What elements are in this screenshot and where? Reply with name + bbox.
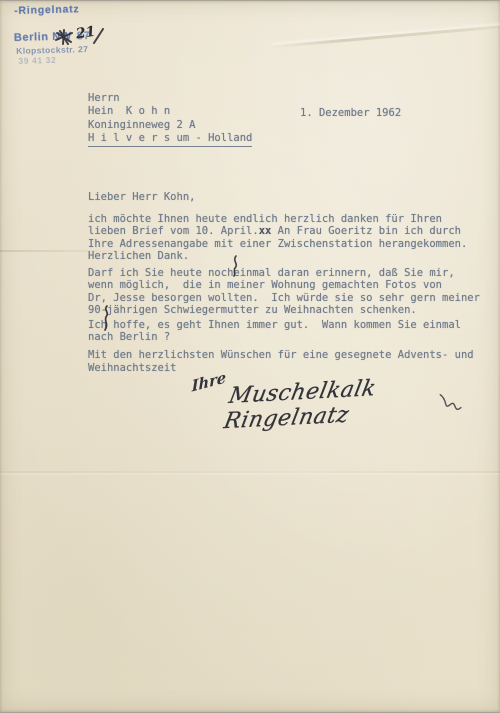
paragraph1-line1: ich möchte Ihnen heute endlich herzlich …: [88, 213, 442, 225]
paragraph2-line1: Darf ich Sie heute nocheinmal daran erin…: [88, 267, 455, 279]
paragraph2-line2: wenn möglich, die in meiner Wohnung gema…: [88, 279, 442, 291]
salutation: Lieber Herr Kohn,: [88, 191, 195, 203]
letter-date: 1. Dezember 1962: [300, 107, 401, 119]
paragraph2-line3: Dr, Jesse besorgen wollten. Ich würde si…: [88, 292, 480, 304]
letter-page: -Ringelnatz Berlin NW87 Klopstockstr. 27…: [0, 1, 500, 712]
signature-flourish-icon: [436, 389, 467, 417]
paragraph1-line3: Ihre Adressenangabe mit einer Zwischenst…: [88, 238, 467, 250]
paragraph1-line2: lieben Brief vom 10. April.xx An Frau Go…: [88, 225, 461, 237]
stamp-phone-line: 39 41 32: [18, 55, 56, 66]
recipient-line-herrn: Herrn: [88, 92, 120, 104]
stamp-owner-name: -Ringelnatz: [14, 3, 80, 17]
recipient-name: Hein K o h n: [88, 105, 170, 117]
paragraph2-line4: 90-jährigen Schwiegermutter zu Weihnacht…: [88, 304, 417, 316]
signature-prefix: Ihre: [192, 368, 226, 396]
paragraph3-line2: nach Berlin ?: [88, 331, 170, 343]
recipient-street: Koninginneweg 2 A: [88, 119, 195, 131]
handwritten-district-number: 21: [75, 24, 97, 43]
overtyped-xx: xx: [259, 225, 272, 237]
paragraph1-line4: Herzlichen Dank.: [88, 250, 189, 262]
paper-fold-line-lower: [0, 471, 500, 473]
paragraph3-line1: Ich hoffe, es geht Ihnen immer gut. Wann…: [88, 319, 461, 331]
signature-block: Ihre Muschelkalk Ringelnatz: [159, 355, 482, 434]
recipient-city: H i l v e r s um - Holland: [88, 132, 252, 144]
paper-crease-top-right: [272, 25, 500, 48]
